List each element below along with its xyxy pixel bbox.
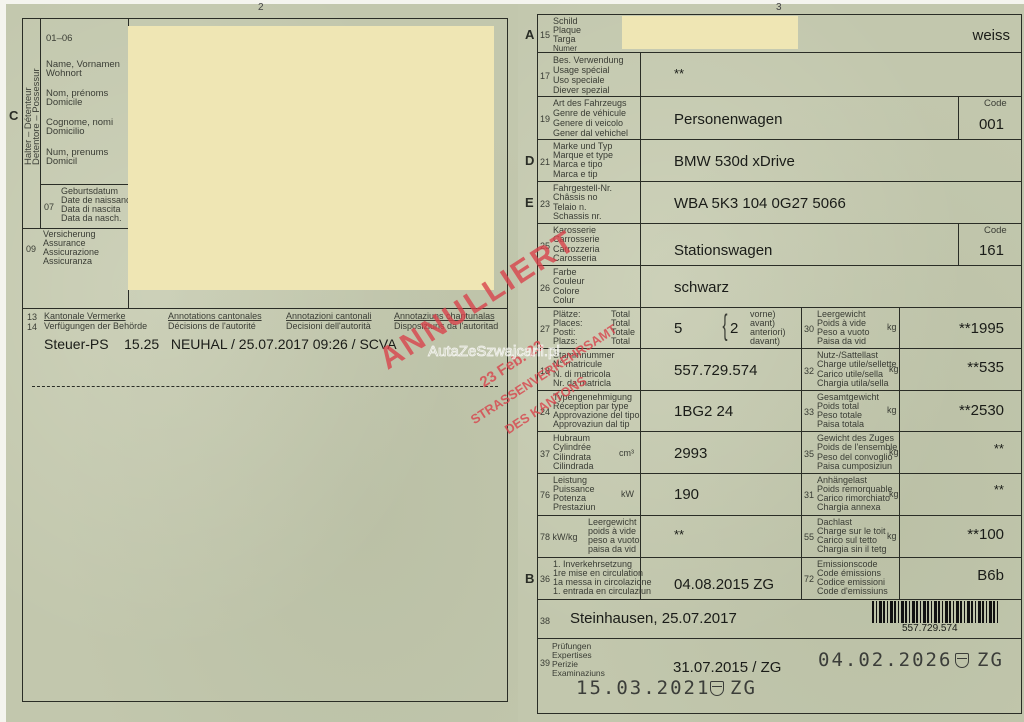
matriculation-value: 557.729.574	[674, 362, 757, 379]
divider	[899, 307, 900, 599]
divider	[958, 223, 959, 265]
payload-value: **535	[967, 359, 1004, 376]
field-num-37: 37	[540, 449, 550, 459]
total-weight-unit: kg	[887, 406, 897, 416]
birth-label: Data da nasch.	[61, 214, 122, 224]
power-weight-value: **	[674, 527, 684, 542]
inspection-stamp-date-2: 04.02.2026	[818, 649, 952, 671]
section-letter-b: B	[525, 571, 534, 586]
field-num-07: 07	[44, 202, 54, 212]
field-num-35: 35	[804, 449, 814, 459]
field-num-30: 30	[804, 324, 814, 334]
field-num-21: 21	[540, 157, 550, 167]
divider	[40, 184, 128, 185]
annotation-label-it-2: Decisioni dell'autorità	[286, 322, 371, 332]
annotation-entry: Steuer-PS 15.25 NEUHAL / 25.07.2017 09:2…	[44, 336, 397, 352]
seats-total-value: 5	[674, 320, 682, 337]
roof-load-value: **100	[967, 526, 1004, 543]
field-num-09: 09	[26, 244, 36, 254]
page-number-right: 3	[776, 2, 782, 13]
section-letter-c: C	[9, 108, 18, 123]
section-letter-e: E	[525, 195, 534, 210]
vehicle-type-code: 001	[979, 116, 1004, 133]
seats-front-value: 2	[730, 320, 738, 337]
field-num-19: 19	[540, 114, 550, 124]
color-value: schwarz	[674, 279, 729, 296]
issue-place-date: Steinhausen, 25.07.2017	[570, 610, 737, 627]
field-num-55: 55	[804, 532, 814, 542]
vehicle-type-value: Personenwagen	[674, 111, 782, 128]
power-value: 190	[674, 486, 699, 503]
payload-label: Chargia utila/sella	[817, 379, 889, 389]
special-use-value: **	[674, 66, 684, 81]
page-number-left: 2	[258, 2, 264, 13]
train-weight-unit: kg	[889, 448, 899, 458]
special-use-label: Diever spezial	[553, 86, 610, 96]
trailer-load-label: Chargia annexa	[817, 503, 881, 513]
first-registration-value: 04.08.2015 ZG	[674, 576, 774, 593]
make-model-label: Marca e tip	[553, 170, 598, 180]
divider	[537, 599, 1022, 600]
field-num-76: 76	[540, 490, 550, 500]
divider	[537, 557, 1022, 558]
power-weight-label: paisa da vid	[588, 545, 636, 555]
holder-label: Wohnort	[46, 69, 82, 79]
field-num-72: 72	[804, 574, 814, 584]
power-label: Prestaziun	[553, 503, 596, 513]
chassis-label: Schassis nr.	[553, 212, 602, 222]
holder-label: Domicil	[46, 157, 77, 167]
roof-load-unit: kg	[887, 532, 897, 542]
field-num-23: 23	[540, 199, 550, 209]
type-approval-value: 1BG2 24	[674, 403, 733, 420]
divider	[537, 390, 1022, 391]
body-code-label: Code	[984, 225, 1007, 236]
empty-weight-label: Paisa da vid	[817, 337, 866, 347]
divider	[537, 638, 1022, 639]
field-num-78: 78 kW/kg	[540, 532, 578, 542]
canton-shield-icon	[955, 653, 969, 668]
vehicle-type-label: Gener dal vehichel	[553, 129, 628, 139]
barcode-number: 557.729.574	[902, 624, 958, 634]
watermark: AutaZeSzwajcarii.pl	[428, 343, 560, 360]
seats-front-label: davant)	[750, 337, 780, 347]
holder-label: Domicile	[46, 98, 82, 108]
divider	[537, 52, 1022, 53]
field-num-32: 32	[804, 366, 814, 376]
type-approval-label: Approvaziun dal tip	[553, 420, 630, 430]
divider	[537, 265, 1022, 266]
chassis-value: WBA 5K3 104 0G27 5066	[674, 195, 846, 212]
divider	[958, 96, 959, 139]
divider	[537, 431, 1022, 432]
divider	[537, 307, 1022, 308]
annotation-label-de-2: Verfügungen der Behörde	[44, 322, 147, 332]
divider	[640, 52, 641, 599]
annotation-label-fr-2: Décisions de l'autorité	[168, 322, 256, 332]
holder-label: Domicilio	[46, 127, 85, 137]
divider	[537, 473, 1022, 474]
section-letter-a: A	[525, 27, 534, 42]
displacement-label: Cilindrada	[553, 462, 594, 472]
divider	[40, 18, 41, 228]
seats-total-label: Total	[611, 337, 630, 347]
make-model-value: BMW 530d xDrive	[674, 153, 795, 170]
total-weight-value: **2530	[959, 402, 1004, 419]
divider	[537, 96, 1022, 97]
empty-weight-unit: kg	[887, 323, 897, 333]
inspection-stamp-canton-1: ZG	[730, 677, 757, 699]
empty-weight-value: **1995	[959, 320, 1004, 337]
emission-code-label: Code d'emissiuns	[817, 587, 888, 597]
color-label: Colur	[553, 296, 575, 306]
field-num-14: 14	[27, 322, 37, 332]
roof-load-label: Chargia sin il tetg	[817, 545, 887, 555]
power-unit: kW	[621, 490, 634, 500]
insurance-label: Assicuranza	[43, 257, 92, 267]
field-num-31: 31	[804, 490, 814, 500]
field-num-15: 15	[540, 30, 550, 40]
payload-unit: kg	[889, 365, 899, 375]
plate-label: Numer	[553, 44, 577, 54]
body-code: 161	[979, 242, 1004, 259]
displacement-unit: cm³	[619, 449, 634, 459]
field-num-33: 33	[804, 407, 814, 417]
divider	[801, 307, 802, 599]
brace: {	[723, 311, 728, 341]
field-num-26: 26	[540, 283, 550, 293]
field-num-38: 38	[540, 616, 550, 626]
divider	[537, 515, 1022, 516]
canton-shield-icon	[710, 681, 724, 696]
field-num-27: 27	[540, 324, 550, 334]
divider	[537, 139, 1022, 140]
train-weight-label: Paisa cumposiziun	[817, 462, 892, 472]
trailer-load-value: **	[994, 482, 1004, 497]
divider	[537, 348, 1022, 349]
inspection-stamp-date-1: 15.03.2021	[576, 677, 710, 699]
divider	[537, 223, 1022, 224]
displacement-value: 2993	[674, 445, 707, 462]
field-num-36: 36	[540, 574, 550, 584]
first-registration-label: 1. entrada en circulaziun	[553, 587, 651, 597]
vehicle-type-code-label: Code	[984, 98, 1007, 109]
body-value: Stationswagen	[674, 242, 772, 259]
total-weight-label: Paisa totala	[817, 420, 864, 430]
redacted-holder-info	[128, 26, 494, 290]
train-weight-value: **	[994, 441, 1004, 456]
field-num-39: 39	[540, 658, 550, 668]
barcode	[872, 601, 1000, 623]
field-num-13: 13	[27, 312, 37, 322]
inspection-entry-1: 31.07.2015 / ZG	[673, 659, 781, 676]
field-num-17: 17	[540, 71, 550, 81]
divider	[537, 181, 1022, 182]
trailer-load-unit: kg	[889, 490, 899, 500]
annotation-line	[32, 386, 498, 387]
plate-color-value: weiss	[972, 27, 1010, 44]
redacted-plate-number	[622, 16, 798, 49]
holder-range: 01–06	[46, 34, 72, 44]
emission-code-value: B6b	[977, 567, 1004, 584]
inspection-stamp-canton-2: ZG	[977, 649, 1004, 671]
section-letter-d: D	[525, 153, 534, 168]
